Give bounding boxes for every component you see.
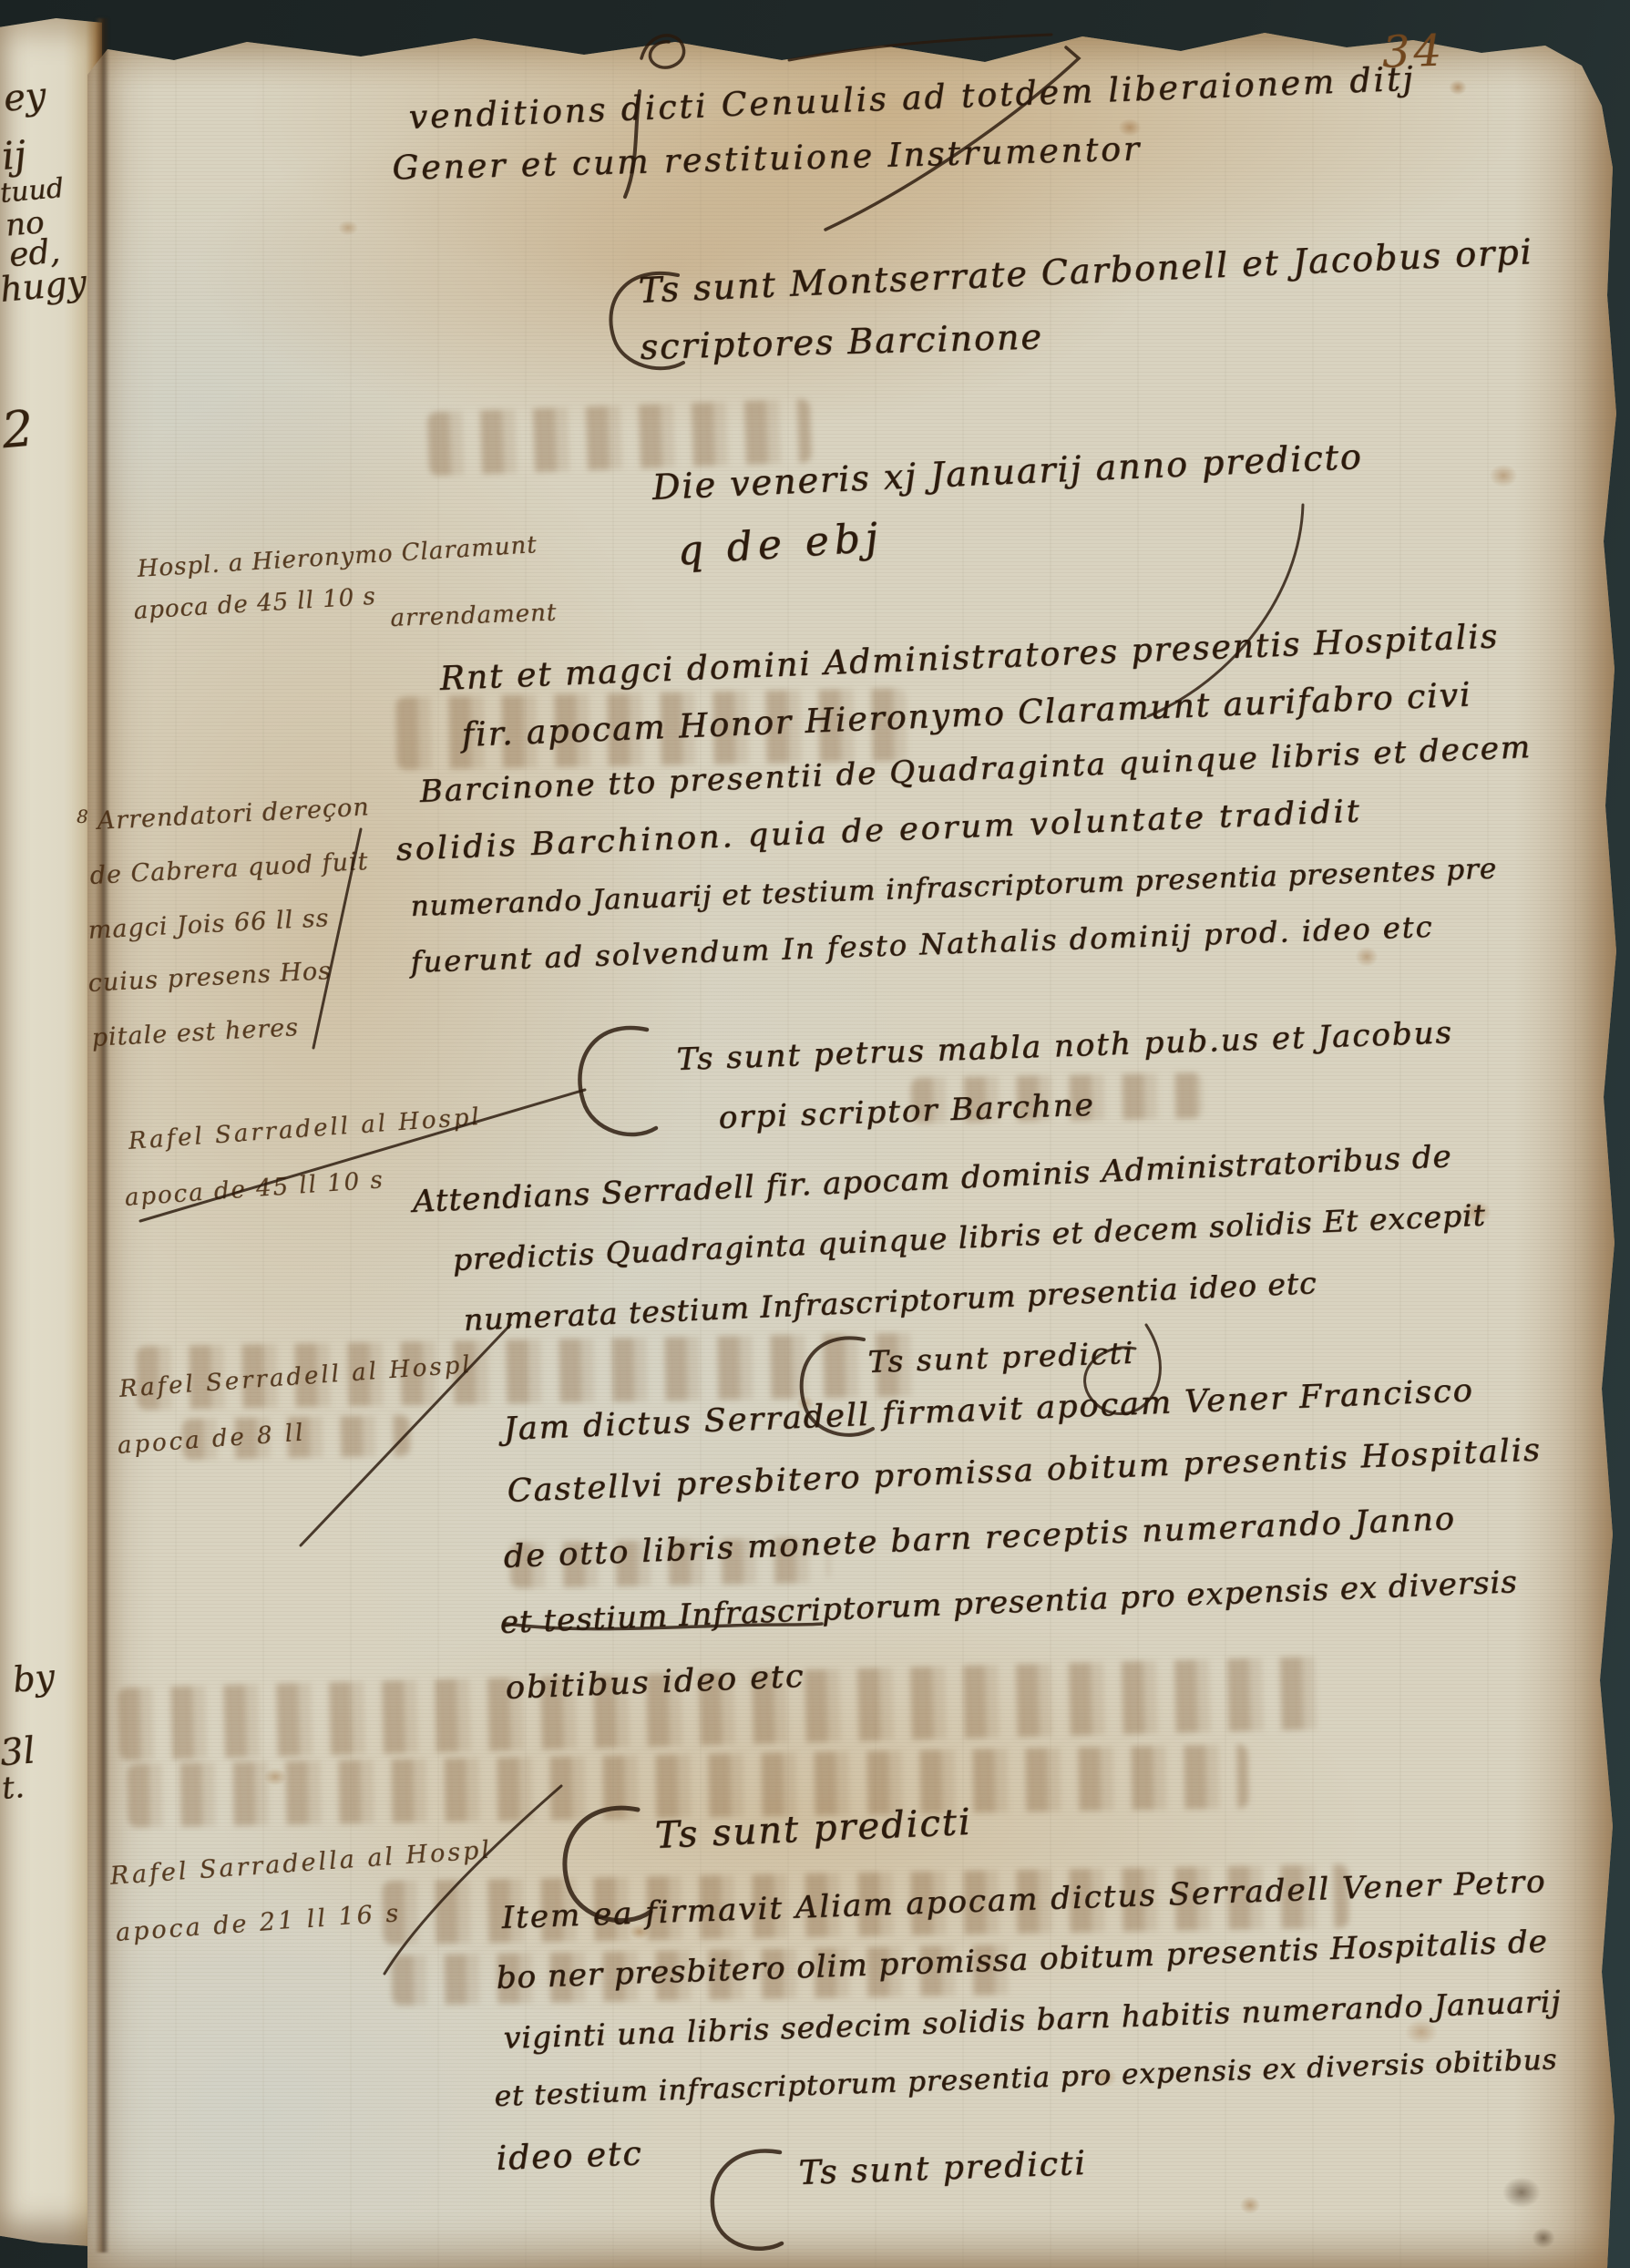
witness-line: Ts sunt predicti — [867, 1338, 1135, 1377]
prev-page-fragment: tuud — [0, 172, 65, 210]
prev-page-fragment: by — [11, 1657, 56, 1700]
margin-paragraph-mark: 8 — [77, 807, 88, 826]
prev-page-fragment: 3l — [0, 1729, 36, 1774]
prev-page-fragment: ey — [2, 75, 47, 120]
gutter-crease — [95, 18, 109, 2253]
prev-page-fragment: hugy — [0, 262, 87, 310]
prev-page-fragment: 2 — [0, 400, 36, 460]
margin-note-line: arrendament — [390, 601, 558, 631]
manuscript-scan: ey ij tuud no ed, hugy 2 by 3l t. 34 ven… — [0, 0, 1630, 2268]
prev-page-edge: ey ij tuud no ed, hugy 2 by 3l t. — [0, 18, 102, 2247]
prev-page-fragment: ij — [0, 132, 28, 179]
entry-line: ideo etc — [496, 2138, 643, 2176]
prev-page-fragment: t. — [0, 1769, 26, 1807]
witness-line: scriptores Barcinone — [640, 319, 1043, 364]
